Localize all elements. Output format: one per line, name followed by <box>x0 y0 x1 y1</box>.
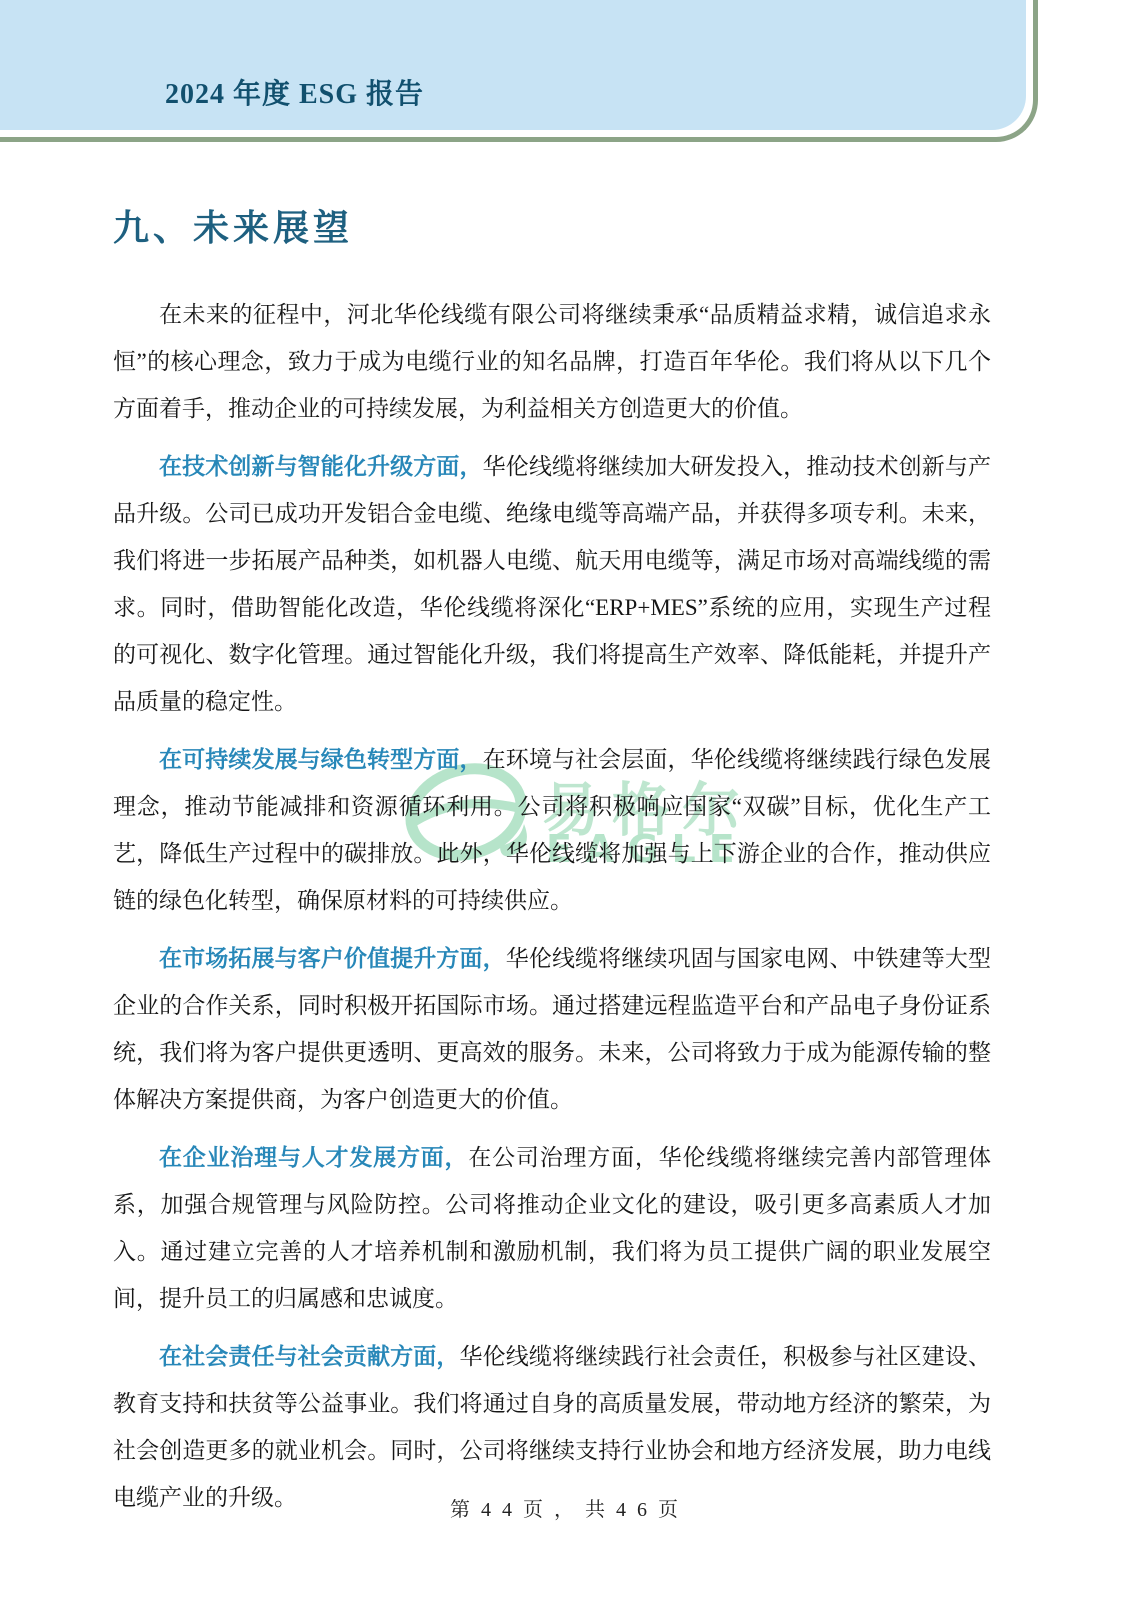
paragraph-text: 在未来的征程中，河北华伦线缆有限公司将继续秉承“品质精益求精，诚信追求永恒”的核… <box>113 302 991 421</box>
report-header-panel: 2024 年度 ESG 报告 <box>0 0 1026 130</box>
paragraph-lead: 在市场拓展与客户价值提升方面， <box>159 945 506 971</box>
paragraph-intro: 在未来的征程中，河北华伦线缆有限公司将继续秉承“品质精益求精，诚信追求永恒”的核… <box>113 291 991 432</box>
report-header-band: 2024 年度 ESG 报告 <box>0 0 1038 142</box>
paragraph-lead: 在企业治理与人才发展方面， <box>159 1144 468 1170</box>
report-title: 2024 年度 ESG 报告 <box>165 72 424 112</box>
paragraph-lead: 在社会责任与社会贡献方面， <box>159 1343 460 1369</box>
document-body: 九、未来展望 在未来的征程中，河北华伦线缆有限公司将继续秉承“品质精益求精，诚信… <box>113 200 991 1532</box>
section-title: 九、未来展望 <box>113 200 991 251</box>
paragraph-text: 华伦线缆将继续加大研发投入，推动技术创新与产品升级。公司已成功开发铝合金电缆、绝… <box>113 454 991 714</box>
page-number: 第 4 4 页 ， 共 4 6 页 <box>0 1493 1131 1522</box>
paragraph-green-transition: 在可持续发展与绿色转型方面，在环境与社会层面，华伦线缆将继续践行绿色发展理念，推… <box>113 736 991 924</box>
report-page: 2024 年度 ESG 报告 易格尔 EAGLE 九、未来展望 在未来的征程中，… <box>0 0 1131 1600</box>
paragraph-market-expansion: 在市场拓展与客户价值提升方面，华伦线缆将继续巩固与国家电网、中铁建等大型企业的合… <box>113 935 991 1123</box>
paragraph-lead: 在可持续发展与绿色转型方面， <box>159 746 483 772</box>
paragraph-tech-innovation: 在技术创新与智能化升级方面，华伦线缆将继续加大研发投入，推动技术创新与产品升级。… <box>113 443 991 725</box>
paragraph-lead: 在技术创新与智能化升级方面， <box>159 453 483 479</box>
paragraph-governance-talent: 在企业治理与人才发展方面，在公司治理方面，华伦线缆将继续完善内部管理体系，加强合… <box>113 1134 991 1322</box>
